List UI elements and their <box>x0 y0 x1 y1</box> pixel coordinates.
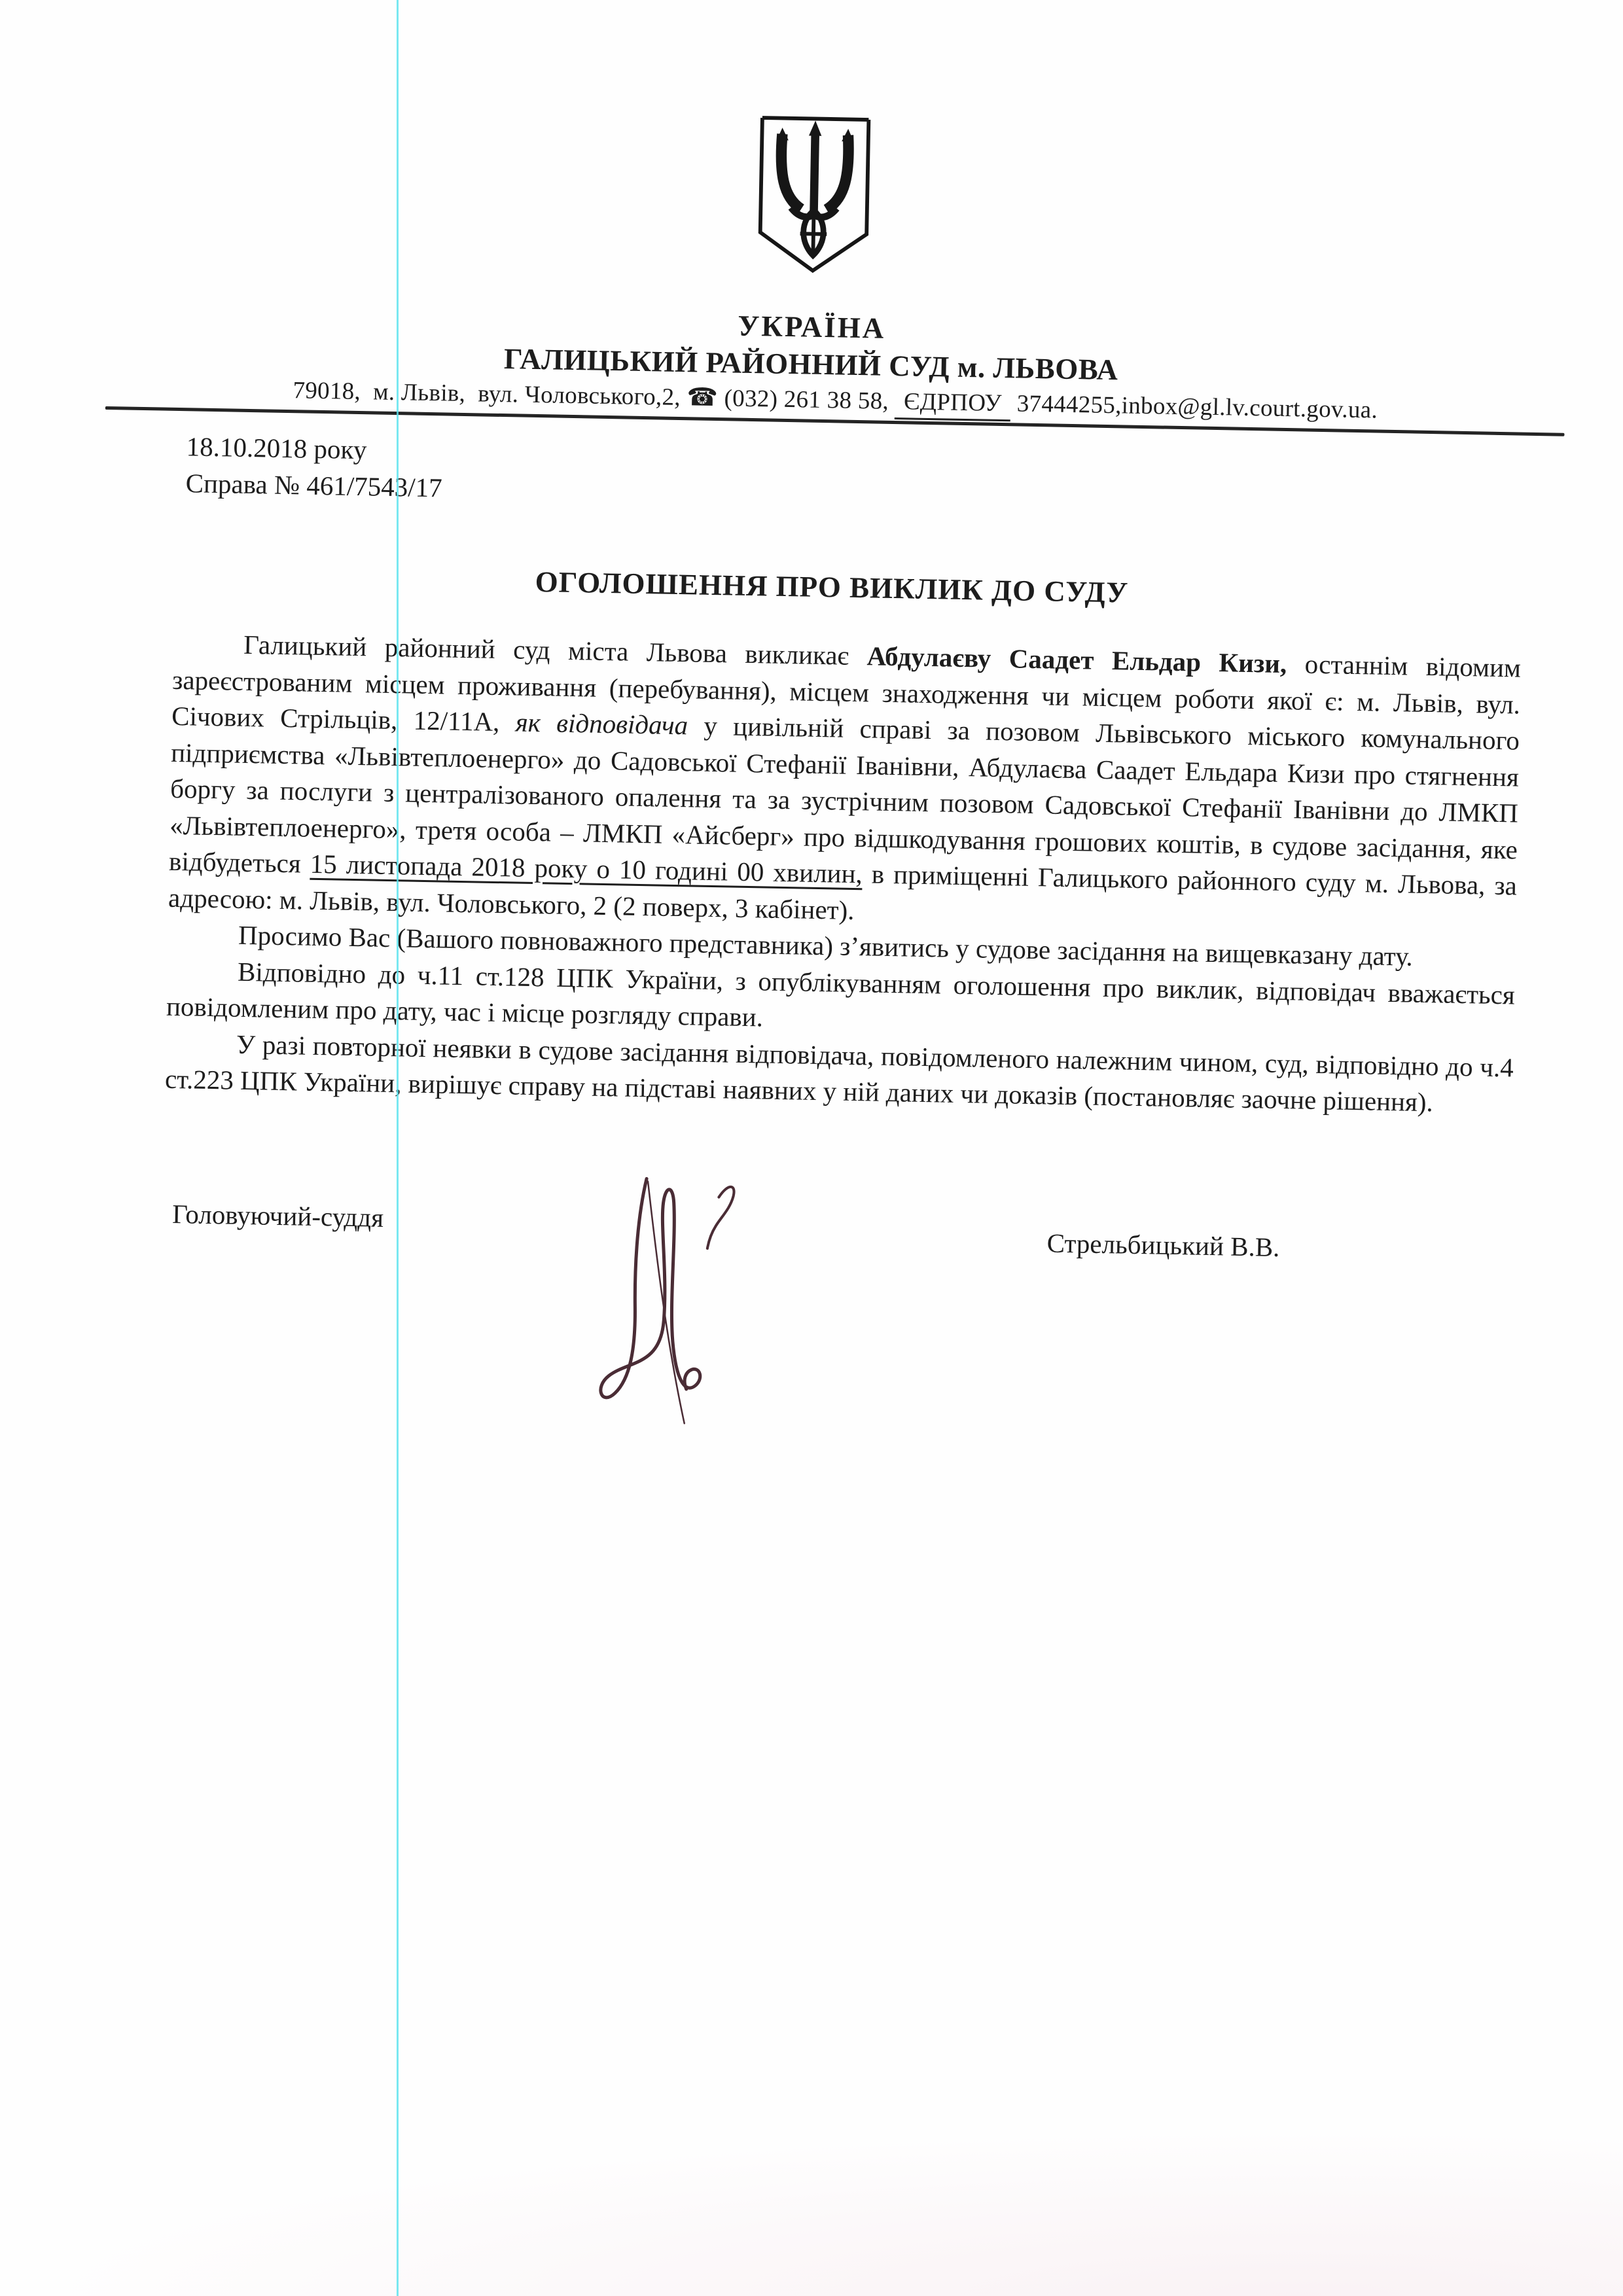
handwritten-signature <box>586 1159 762 1428</box>
paragraph-summons: Галицький районний суд міста Львова викл… <box>168 626 1522 941</box>
address-phone: (032) 261 38 58, <box>718 385 895 415</box>
scanner-artifact-line <box>397 0 399 2296</box>
edrpou-label: ЄДРПОУ <box>895 388 1011 421</box>
address-prefix: 79018, м. Львів, вул. Чоловського,2, <box>293 377 687 411</box>
document-body: Галицький районний суд міста Львова викл… <box>165 626 1522 1122</box>
scan-noise <box>0 2126 1623 2296</box>
address-suffix: 37444255,inbox@gl.lv.court.gov.ua. <box>1010 390 1378 423</box>
document-title: ОГОЛОШЕННЯ ПРО ВИКЛИК ДО СУДУ <box>102 555 1562 620</box>
letterhead: УКРАЇНА ГАЛИЦЬКИЙ РАЙОННИЙ СУД м. ЛЬВОВА <box>81 101 1545 395</box>
document-meta: 18.10.2018 року Справа № 461/7543/17 <box>185 428 1564 527</box>
judge-role-label: Головуючий-суддя <box>172 1198 384 1233</box>
scanned-document-page: УКРАЇНА ГАЛИЦЬКИЙ РАЙОННИЙ СУД м. ЛЬВОВА… <box>0 0 1623 2296</box>
phone-icon: ☎ <box>687 382 718 412</box>
ukraine-trident-crest-icon <box>748 113 880 290</box>
judge-name: Стрельбицький В.В. <box>1046 1227 1280 1263</box>
document-content: УКРАЇНА ГАЛИЦЬКИЙ РАЙОННИЙ СУД м. ЛЬВОВА… <box>86 82 1571 1473</box>
signature-block: Головуючий-суддя Стрельбицький В.В. <box>86 1158 1551 1473</box>
